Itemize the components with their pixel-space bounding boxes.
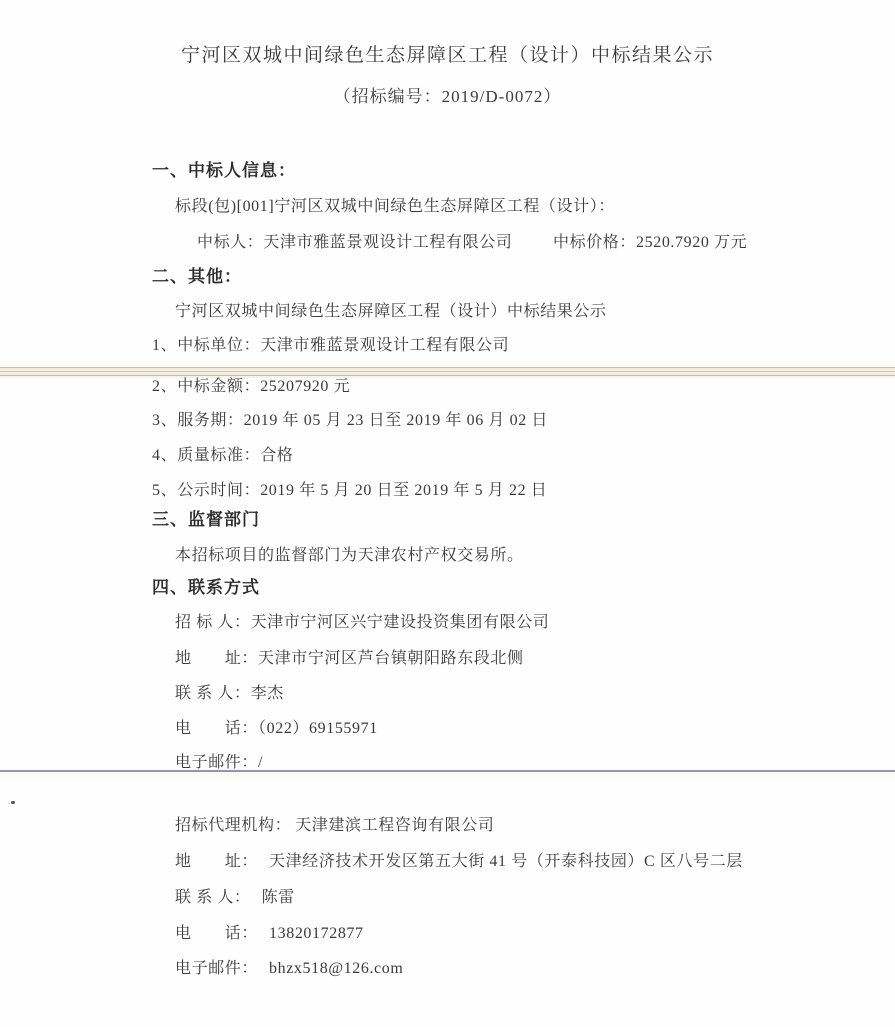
tenderer-row-phone: 电 话：（022）69155971: [175, 719, 378, 738]
winner-price-label: 中标价格：: [553, 234, 636, 251]
supervision-text: 本招标项目的监督部门为天津农村产权交易所。: [175, 546, 524, 565]
agency-row-address: 地 址：天津经济技术开发区第五大街 41 号（开泰科技园）C 区八号二层: [175, 852, 743, 871]
scan-artifact-ink-dot: [11, 801, 15, 804]
tenderer-name-label: 招 标 人：: [175, 614, 251, 631]
agency-row-email: 电子邮件：bhzx518@126.com: [175, 959, 403, 978]
agency-row-phone: 电 话：13820172877: [175, 924, 364, 943]
agency-contact-label: 联 系 人：: [175, 889, 251, 906]
tenderer-row-contact-person: 联 系 人：李杰: [175, 684, 284, 703]
tenderer-address-label: 地 址：: [175, 650, 258, 667]
agency-row-name: 招标代理机构：天津建滨工程咨询有限公司: [175, 816, 494, 835]
agency-phone-label: 电 话：: [175, 925, 258, 942]
agency-address-value: 天津经济技术开发区第五大街 41 号（开泰科技园）C 区八号二层: [269, 853, 743, 870]
tenderer-email-label: 电子邮件：: [175, 754, 258, 771]
tenderer-contact-value: 李杰: [251, 685, 284, 702]
tenderer-phone-value: （022）69155971: [258, 720, 378, 737]
winner-row: 中标人：天津市雅蓝景观设计工程有限公司 中标价格：2520.7920 万元: [197, 233, 512, 252]
scanned-document-page: 宁河区双城中间绿色生态屏障区工程（设计）中标结果公示 （招标编号：2019/D-…: [0, 0, 895, 1027]
winner-price: 中标价格：2520.7920 万元: [553, 233, 747, 252]
other-item-3: 3、服务期：2019 年 05 月 23 日至 2019 年 06 月 02 日: [152, 411, 548, 430]
winner-label: 中标人：: [197, 234, 263, 251]
tenderer-row-name: 招 标 人：天津市宁河区兴宁建设投资集团有限公司: [175, 613, 549, 632]
agency-row-contact-person: 联 系 人：陈雷: [175, 888, 295, 907]
other-item-5: 5、公示时间：2019 年 5 月 20 日至 2019 年 5 月 22 日: [152, 481, 547, 500]
agency-name-label: 招标代理机构：: [175, 817, 291, 834]
tenderer-name-value: 天津市宁河区兴宁建设投资集团有限公司: [251, 614, 550, 631]
agency-email-label: 电子邮件：: [175, 960, 258, 977]
agency-contact-value: 陈雷: [262, 889, 295, 906]
other-item-2: 2、中标金额：25207920 元: [152, 377, 350, 396]
tenderer-row-address: 地 址：天津市宁河区芦台镇朝阳路东段北侧: [175, 649, 524, 668]
agency-phone-value: 13820172877: [269, 925, 364, 942]
section-heading-contact: 四、联系方式: [152, 578, 260, 598]
tenderer-address-value: 天津市宁河区芦台镇朝阳路东段北侧: [258, 650, 524, 667]
tenderer-email-value: /: [258, 754, 263, 771]
tenderer-contact-label: 联 系 人：: [175, 685, 251, 702]
agency-email-value: bhzx518@126.com: [269, 960, 403, 977]
agency-name-value: 天津建滨工程咨询有限公司: [295, 817, 494, 834]
package-line: 标段(包)[001]宁河区双城中间绿色生态屏障区工程（设计）：: [175, 197, 615, 216]
document-title: 宁河区双城中间绿色生态屏障区工程（设计）中标结果公示: [0, 45, 895, 68]
other-item-1: 1、中标单位：天津市雅蓝景观设计工程有限公司: [152, 336, 509, 355]
other-intro: 宁河区双城中间绿色生态屏障区工程（设计）中标结果公示: [175, 302, 607, 321]
section-heading-supervision: 三、监督部门: [152, 510, 260, 530]
section-heading-winner-info: 一、中标人信息：: [152, 161, 296, 181]
winner-name: 天津市雅蓝景观设计工程有限公司: [263, 234, 512, 251]
section-heading-other: 二、其他：: [152, 267, 242, 287]
document-subtitle: （招标编号：2019/D-0072）: [0, 87, 895, 107]
agency-address-label: 地 址：: [175, 853, 258, 870]
scan-artifact-band: [0, 365, 895, 378]
winner-price-value: 2520.7920 万元: [636, 234, 747, 251]
tenderer-phone-label: 电 话：: [175, 720, 258, 737]
scan-artifact-divider-band: [0, 772, 895, 781]
other-item-4: 4、质量标准：合格: [152, 446, 293, 465]
